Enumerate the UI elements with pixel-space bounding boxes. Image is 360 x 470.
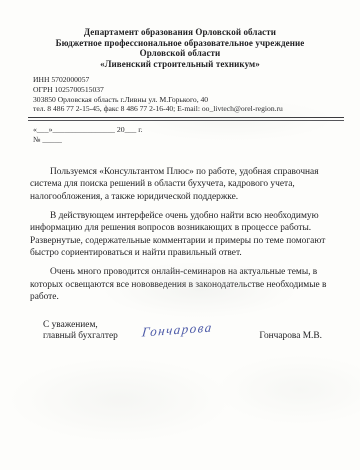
signatory-name: Гончарова М.В. (259, 331, 322, 343)
org-address: 303850 Орловская область г.Ливны ул. М.Г… (33, 95, 330, 105)
date-blank-line: «___»________________ 20___ г. (33, 125, 330, 135)
number-blank-line: № _____ (33, 135, 330, 145)
closing-left: С уважением, главный бухгалтер (43, 320, 118, 343)
org-name-line-2: Бюджетное профессиональное образовательн… (30, 38, 330, 49)
body-paragraph-2: В действующем интерфейсе очень удобно на… (30, 210, 330, 260)
handwritten-signature: Гончарова (141, 321, 213, 338)
org-name-line-1: Департамент образования Орловской област… (30, 27, 330, 38)
org-name-line-4: «Ливенский строительный техникум» (30, 59, 330, 70)
closing-salutation: С уважением, (43, 320, 118, 332)
org-details: ИНН 5702000057 ОГРН 1025700515037 303850… (33, 75, 330, 113)
body-paragraph-3: Очень много проводится онлайн-семинаров … (30, 266, 330, 304)
letter-body: Пользуемся «Консультантом Плюс» по работ… (30, 166, 330, 304)
org-contacts: тел. 8 486 77 2-15-45, факс 8 486 77 2-1… (33, 104, 330, 114)
letterhead-divider (28, 117, 344, 121)
body-paragraph-1: Пользуемся «Консультантом Плюс» по работ… (30, 166, 330, 204)
reference-block: «___»________________ 20___ г. № _____ (33, 125, 330, 145)
closing-position: главный бухгалтер (43, 331, 118, 343)
org-ogrn: ОГРН 1025700515037 (33, 85, 330, 95)
org-inn: ИНН 5702000057 (33, 75, 330, 85)
closing-block: С уважением, главный бухгалтер Гончарова… (30, 320, 330, 360)
letterhead: Департамент образования Орловской област… (30, 27, 330, 145)
letter-page: Департамент образования Орловской област… (0, 0, 360, 470)
org-name-line-3: Орловской области (30, 48, 330, 59)
